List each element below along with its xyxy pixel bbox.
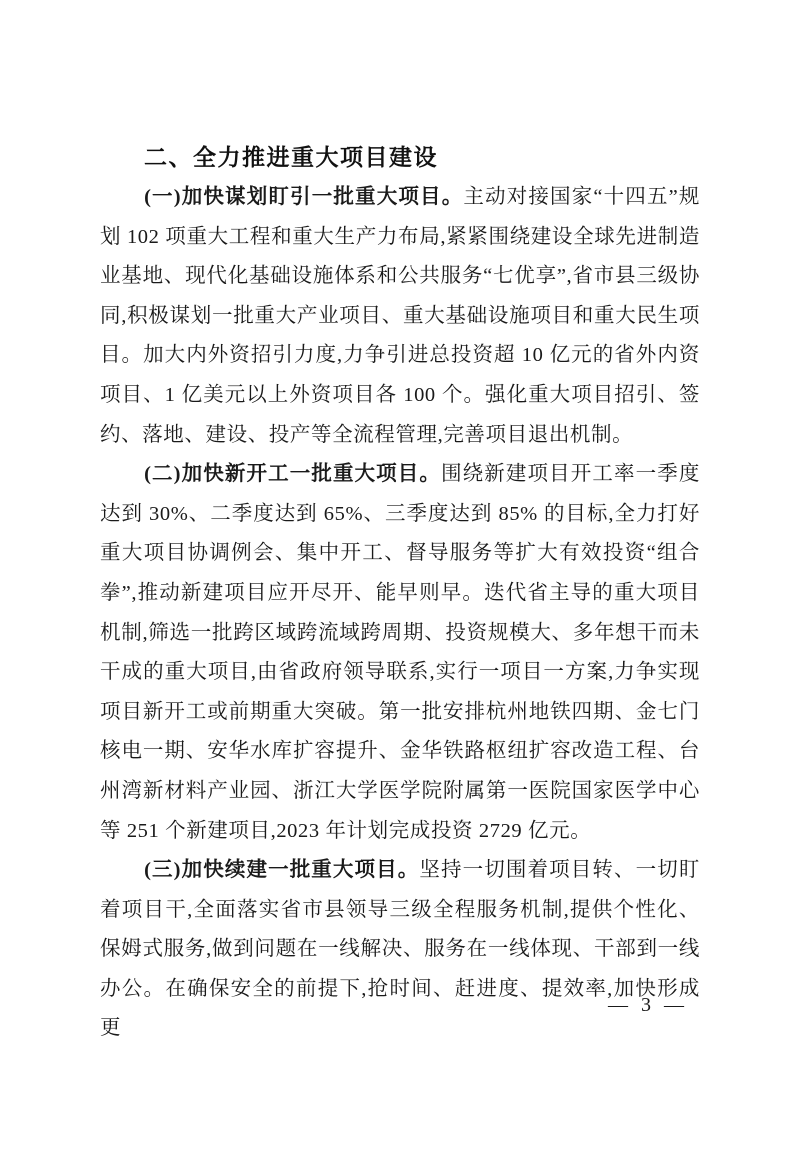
paragraph-2: (二)加快新开工一批重大项目。围绕新建项目开工率一季度达到 30%、二季度达到 … — [100, 455, 700, 851]
paragraph-2-heading: (二)加快新开工一批重大项目。 — [144, 463, 441, 485]
paragraph-1: (一)加快谋划盯引一批重大项目。主动对接国家“十四五”规划 102 项重大工程和… — [100, 178, 700, 455]
paragraph-2-text: 围绕新建项目开工率一季度达到 30%、二季度达到 65%、三季度达到 85% 的… — [100, 463, 700, 841]
paragraph-1-heading: (一)加快谋划盯引一批重大项目。 — [144, 186, 463, 208]
document-page: 二、全力推进重大项目建设 (一)加快谋划盯引一批重大项目。主动对接国家“十四五”… — [0, 0, 800, 1168]
paragraph-1-text: 主动对接国家“十四五”规划 102 项重大工程和重大生产力布局,紧紧围绕建设全球… — [100, 186, 700, 446]
paragraph-3-heading: (三)加快续建一批重大项目。 — [144, 859, 419, 881]
paragraph-3: (三)加快续建一批重大项目。坚持一切围着项目转、一切盯着项目干,全面落实省市县领… — [100, 851, 700, 1049]
document-body: 二、全力推进重大项目建设 (一)加快谋划盯引一批重大项目。主动对接国家“十四五”… — [100, 136, 700, 1049]
page-number: — 3 — — [608, 994, 688, 1017]
section-title: 二、全力推进重大项目建设 — [144, 136, 700, 178]
